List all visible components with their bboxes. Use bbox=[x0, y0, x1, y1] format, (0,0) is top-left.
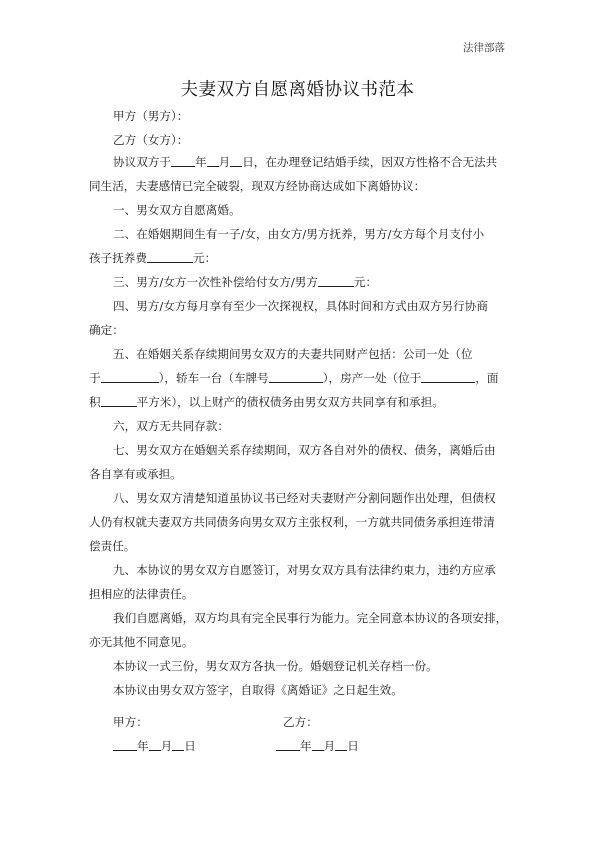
currency-label: 元： bbox=[193, 251, 216, 265]
year-label: 年 bbox=[137, 739, 149, 753]
party-b-label: 乙方（女方）： bbox=[113, 133, 188, 147]
area-label: 积 bbox=[89, 395, 101, 409]
area-unit-text: 平方米），以上财产的债权债务由男女双方共同享有和承担。 bbox=[137, 395, 444, 409]
company-location-label: 于 bbox=[89, 371, 101, 385]
day-label: 日 bbox=[347, 739, 359, 753]
day-blank[interactable] bbox=[230, 154, 242, 167]
clause-9-line-2: 担相应的法律责任。 bbox=[89, 582, 505, 606]
clause-5-line-2: 于），轿车一台（车牌号），房产一处（位于，面 bbox=[89, 366, 505, 390]
clause-3: 三、男方/女方一次性补偿给付女方/男方元： bbox=[89, 270, 505, 294]
party-b-signature-label: 乙方： bbox=[283, 714, 318, 730]
party-b-signature-date: 年月日 bbox=[276, 738, 359, 754]
compensation-blank[interactable] bbox=[318, 274, 354, 287]
property-location-blank[interactable] bbox=[421, 370, 475, 383]
child-support-blank[interactable] bbox=[147, 250, 193, 263]
month-label: 月 bbox=[324, 739, 336, 753]
closing-line-2: 亦无其他不同意见。 bbox=[89, 630, 505, 654]
document-body: 甲方（男方）： 乙方（女方）： 协议双方于年月日，在办理登记结婚手续，因双方性格… bbox=[89, 104, 505, 702]
party-a-line: 甲方（男方）： bbox=[89, 104, 505, 128]
clause-8-line-2: 人仍有权就夫妻双方共同债务向男女双方主张权利，一方就共同债务承担连带清 bbox=[89, 510, 505, 534]
intro-line-2: 同生活，夫妻感情已完全破裂，现双方经协商达成如下离婚协议： bbox=[89, 174, 505, 198]
clause-4-line-2: 确定： bbox=[89, 318, 505, 342]
car-plate-label: ），轿车一台（车牌号 bbox=[159, 371, 269, 385]
clause-4-line-1: 四、男方/女方每月享有至少一次探视权，具体时间和方式由双方另行协商 bbox=[89, 294, 505, 318]
day-label: 日 bbox=[184, 739, 196, 753]
intro-text-cont: 日，在办理登记结婚手续，因双方性格不合无法共 bbox=[242, 155, 497, 169]
car-plate-blank[interactable] bbox=[269, 370, 323, 383]
intro-line-1: 协议双方于年月日，在办理登记结婚手续，因双方性格不合无法共 bbox=[89, 150, 505, 174]
year-label: 年 bbox=[300, 739, 312, 753]
sig-a-month-blank[interactable] bbox=[149, 738, 161, 751]
clause-8-line-1: 八、男女双方清楚知道虽协议书已经对夫妻财产分割问题作出处理，但债权 bbox=[89, 486, 505, 510]
year-label: 年 bbox=[195, 155, 207, 169]
party-a-signature-date: 年月日 bbox=[113, 738, 196, 754]
party-a-label: 甲方（男方）： bbox=[113, 109, 188, 123]
document-title: 夫妻双方自愿离婚协议书范本 bbox=[0, 76, 595, 101]
closing-copies: 本协议一式三份，男女双方各执一份。婚姻登记机关存档一份。 bbox=[89, 654, 505, 678]
sig-b-year-blank[interactable] bbox=[276, 738, 300, 751]
document-source-label: 法律部落 bbox=[463, 40, 505, 55]
area-blank[interactable] bbox=[101, 394, 137, 407]
clause-7-line-2: 各自享有或承担。 bbox=[89, 462, 505, 486]
closing-effective: 本协议由男女双方签字，自取得《离婚证》之日起生效。 bbox=[89, 678, 505, 702]
party-b-line: 乙方（女方）： bbox=[89, 128, 505, 150]
clause-6: 六，双方无共同存款： bbox=[89, 414, 505, 438]
area-label-start: ，面 bbox=[475, 371, 498, 385]
clause-2-line-2: 孩子抚养费元： bbox=[89, 246, 505, 270]
intro-text: 协议双方于 bbox=[113, 155, 171, 169]
clause-8-line-3: 偿责任。 bbox=[89, 534, 505, 558]
sig-a-year-blank[interactable] bbox=[113, 738, 137, 751]
month-blank[interactable] bbox=[207, 154, 219, 167]
property-location-label: ），房产一处（位于 bbox=[323, 371, 422, 385]
clause-1: 一、男女双方自愿离婚。 bbox=[89, 198, 505, 222]
sig-b-day-blank[interactable] bbox=[335, 738, 347, 751]
clause-5-line-1: 五、在婚姻关系存续期间男女双方的夫妻共同财产包括：公司一处（位 bbox=[89, 342, 505, 366]
year-blank[interactable] bbox=[171, 154, 195, 167]
clause-9-line-1: 九、本协议的男女双方自愿签订，对男女双方具有法律约束力，违约方应承 bbox=[89, 558, 505, 582]
currency-label: 元： bbox=[354, 275, 377, 289]
child-support-label: 孩子抚养费 bbox=[89, 251, 147, 265]
clause-5-line-3: 积平方米），以上财产的债权债务由男女双方共同享有和承担。 bbox=[89, 390, 505, 414]
sig-a-day-blank[interactable] bbox=[172, 738, 184, 751]
clause-7-line-1: 七、男女双方在婚姻关系存续期间，双方各自对外的债权、债务，离婚后由 bbox=[89, 438, 505, 462]
company-location-blank[interactable] bbox=[101, 370, 159, 383]
month-label: 月 bbox=[161, 739, 173, 753]
closing-line-1: 我们自愿离婚，双方均具有完全民事行为能力。完全同意本协议的各项安排， bbox=[89, 606, 505, 630]
party-a-signature-label: 甲方： bbox=[113, 714, 148, 730]
compensation-label: 三、男方/女方一次性补偿给付女方/男方 bbox=[113, 275, 318, 289]
sig-b-month-blank[interactable] bbox=[312, 738, 324, 751]
clause-2-line-1: 二、在婚姻期间生有一子/女，由女方/男方抚养，男方/女方每个月支付小 bbox=[89, 222, 505, 246]
month-label: 月 bbox=[219, 155, 231, 169]
